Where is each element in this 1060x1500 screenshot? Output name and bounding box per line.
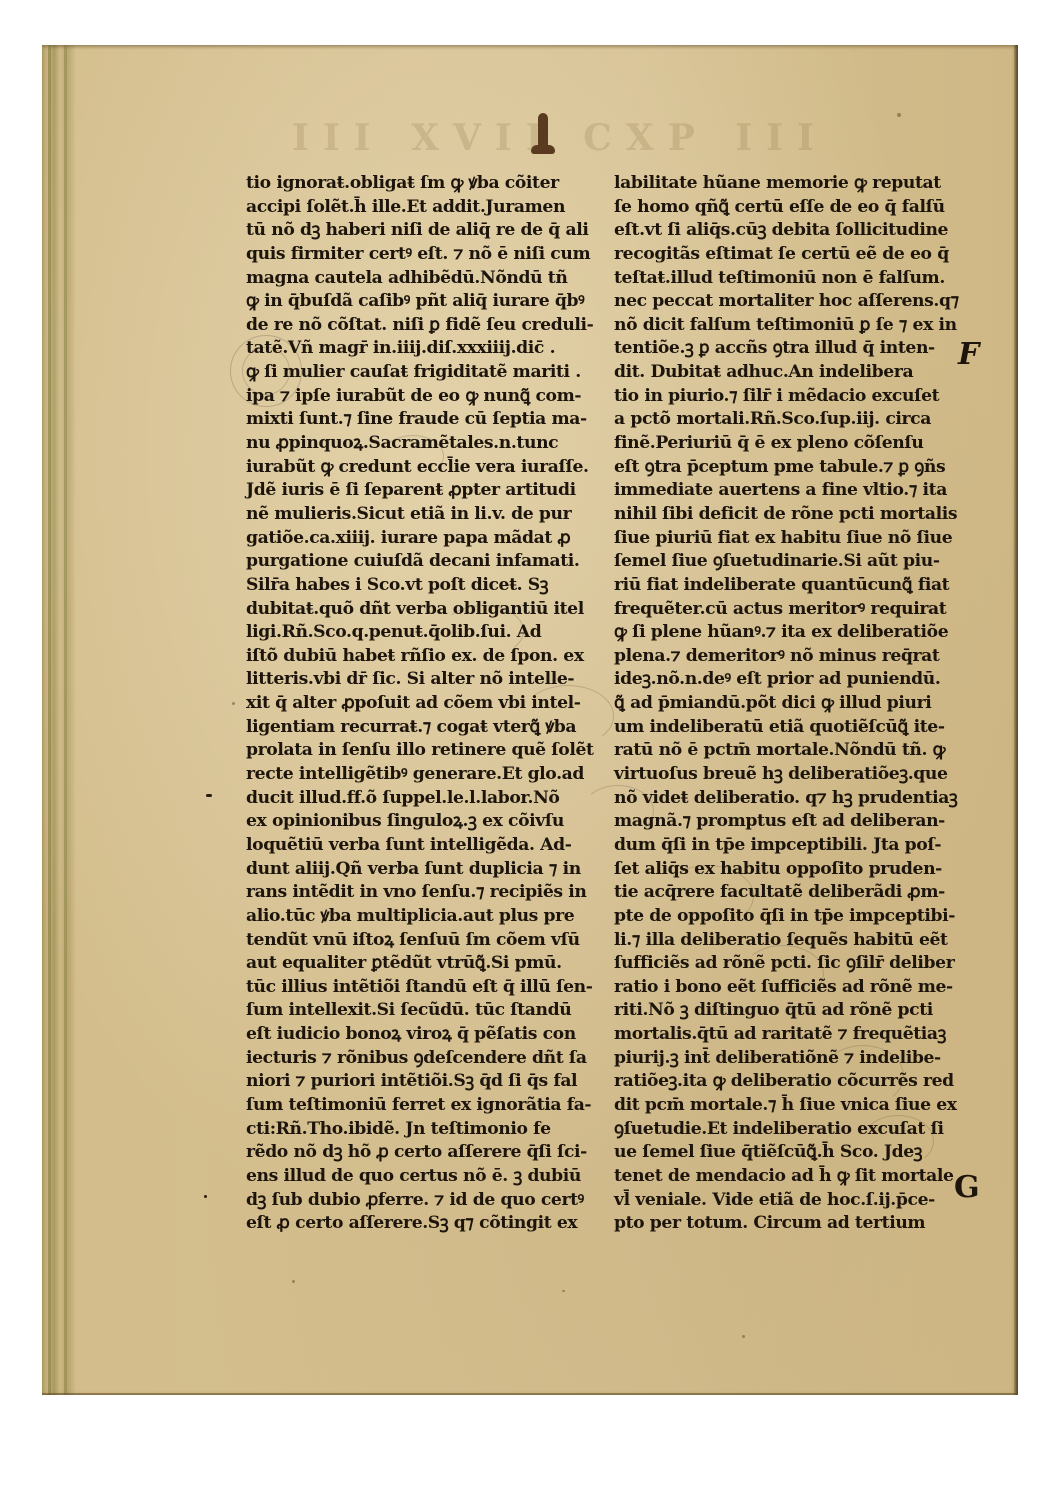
text-line: mixti ſunt.⁊ ſine fraude cū ſeptia ma-	[246, 408, 596, 432]
text-line: teſtaŧ.illud teſtimoniū non ē falſum.	[614, 267, 974, 291]
text-line: pte de oppoſito q̄ſi in tp̄e impceptibi-	[614, 905, 974, 929]
text-line: xit q̄ alter ꝓpoſuit ad cõem vbi intel-	[246, 692, 596, 716]
text-line: frequẽter.cū actus meritorꝰ requirat	[614, 598, 974, 622]
text-line: li.⁊ illa deliberatio ſequẽs habitū eẽt	[614, 929, 974, 953]
text-line: de re nõ cõſtat. niſi ꝑ fidẽ ſeu creduli…	[246, 314, 596, 338]
text-line: tie acq̄rere facultatẽ deliberãdi ꝓm-	[614, 881, 974, 905]
text-line: tenet de mendacio ad h̄ ꝙ ſit mortale	[614, 1165, 974, 1189]
text-line: eſt.vt ſi aliq̄s.cūꝫ debita ſollicitudin…	[614, 219, 974, 243]
ink-speck	[292, 1280, 295, 1283]
text-line: pto per totum. Circum ad tertium	[614, 1212, 974, 1236]
text-line: Jdẽ iuris ē ſi ſeparenŧ ꝓpter artitudi	[246, 479, 596, 503]
text-line: iurabũt ꝙ credunt eccl̄ie vera iuraſſe.	[246, 456, 596, 480]
text-line: riū fiat indeliberate quantūcunꝗ̃ fiat	[614, 574, 974, 598]
ink-speck	[206, 794, 212, 797]
text-line: ꝙ ſi plene hũanꝰ.⁊ ita ex deliberatiõe	[614, 621, 974, 645]
text-line: ratū nõ ē pctm̄ mortale.Nõndū tñ. ꝙ	[614, 739, 974, 763]
text-line: prolata in ſenſu illo retinere quẽ ſolẽt	[246, 739, 596, 763]
text-line: dit pcm̄ mortale.⁊ h̄ ſiue vnica ſiue ex	[614, 1094, 974, 1118]
text-line: piurij.ꝫ int̄ deliberatiõnẽ ⁊ indelibe-	[614, 1047, 974, 1071]
text-line: dit. Dubitaŧ adhuc.An indelibera	[614, 361, 974, 385]
text-line: ꝙ ſi mulier cauſaŧ frigiditatẽ mariti .	[246, 361, 596, 385]
text-line: ratio i bono eẽt ſufficiẽs ad rõnẽ me-	[614, 976, 974, 1000]
show-through-header: III XVII CXP III	[292, 117, 912, 157]
text-line: tio in piurio.⁊ ſilr̄ i mẽdacio excuſet	[614, 385, 974, 409]
binding-shadow-line	[48, 45, 51, 1395]
text-line: nõ dicit falſum teſtimoniū ꝑ ſe ⁊ ex in	[614, 314, 974, 338]
text-line: ſum teſtimoniū ferret ex ignorãtia fa-	[246, 1094, 596, 1118]
text-line: Silr̄a habes i Sco.vt poſt diceŧ. Sꝫ	[246, 574, 596, 598]
text-line: riti.Nõ ꝫ diſtinguo q̄tū ad rõnẽ pcti	[614, 999, 974, 1023]
text-line: ſemel ſiue ꝯſuetudinarie.Si aũt piu-	[614, 550, 974, 574]
text-line: recogitãs eſtimat ſe certū eẽ de eo q̄	[614, 243, 974, 267]
text-line: ue ſemel ſiue q̄tiẽſcūꝗ̃.h̄ Sco. Jdeꝫ	[614, 1141, 974, 1165]
text-line: dunt aliij.Qñ verba ſunt duplicia ⁊ in	[246, 858, 596, 882]
ink-speck	[562, 1290, 565, 1292]
text-line: ipa ⁊ ipſe iurabũt de eo ꝙ nunꝗ̃ com-	[246, 385, 596, 409]
text-line: nec peccat mortaliter hoc aſſerens.q⁊	[614, 290, 974, 314]
text-line: plena.⁊ demeritorꝰ nõ minus req̄rat	[614, 645, 974, 669]
text-line: ligi.Rñ.Sco.q.penuŧ.q̄olib.ſui. Ad	[246, 621, 596, 645]
text-line: mortalis.q̄tū ad raritatẽ ⁊ frequẽtiaꝫ	[614, 1023, 974, 1047]
text-line: tatẽ.Vñ magr̄ in.iiij.diſ.xxxiiij.dic̄ .	[246, 337, 596, 361]
text-line: cti:Rñ.Tho.ibidẽ. Jn teſtimonio fe	[246, 1118, 596, 1142]
text-line: ens illud de quo certus nõ ē. ꝫ dubiū	[246, 1165, 596, 1189]
margin-section-letter-g: G	[954, 1170, 980, 1205]
text-line: rẽdo nõ dꝫ hõ ꝓ certo aſſerere q̄ſi ſci-	[246, 1141, 596, 1165]
ink-speck	[204, 1195, 207, 1198]
text-line: eſt ꝓ certo aſſerere.Sꝫ q⁊ cõtingit ex	[246, 1212, 596, 1236]
text-line: litteris.vbi dr̄ ſic. Si alter nõ intell…	[246, 668, 596, 692]
page-edge-bottom	[42, 1393, 1018, 1395]
text-line: ſe homo qñꝗ̃ certū eſſe de eo q̄ falſū	[614, 196, 974, 220]
text-line: labilitate hũane memorie ꝙ reputat	[614, 172, 974, 196]
text-line: quis firmiter certꝰ eſt. ⁊ nõ ē niſi cum	[246, 243, 596, 267]
text-line: tendũt vnū iſtoꝝ ſenſuū ſm cõem vſū	[246, 929, 596, 953]
text-line: gatiõe.ca.xiiij. iurare papa mãdat ꝓ	[246, 527, 596, 551]
text-line: ex opinionibus ſinguloꝝ.ꝫ ex cõivſu	[246, 810, 596, 834]
ink-speck	[742, 1335, 745, 1338]
margin-section-letter-f: F	[958, 337, 979, 372]
text-line: vl̄ veniale. Vide etiã de hoc.ſ.ij.p̄ce-	[614, 1189, 974, 1213]
text-line: magna cautela adhibẽdū.Nõndū tñ	[246, 267, 596, 291]
text-line: accipi ſolẽt.h̄ ille.Et addit.Juramen	[246, 196, 596, 220]
text-line: tūc illius intẽtiõi ſtandū eſt q̄ illū ſ…	[246, 976, 596, 1000]
ink-speck	[232, 702, 235, 705]
text-line: nu ꝓpinquoꝝ.Sacramẽtales.n.tunc	[246, 432, 596, 456]
text-line: um indeliberatū etiã quotiẽſcūꝗ̃ ite-	[614, 716, 974, 740]
text-line: ꝗ̃ ad p̄miandū.põt dici ꝙ illud piuri	[614, 692, 974, 716]
text-line: ligentiam recurraŧ.⁊ cogaŧ vterꝗ̃ ꝟba	[246, 716, 596, 740]
text-column-left: tio ignoraŧ.obligaŧ ſm ꝙ ꝟba cõiter acci…	[246, 172, 596, 1236]
text-line: ſet aliq̄s ex habitu oppoſito pruden-	[614, 858, 974, 882]
text-line: dubitaŧ.quõ dñt verba obligantiū itel	[246, 598, 596, 622]
text-line: niori ⁊ puriori intẽtiõi.Sꝫ q̄d ſi q̄s f…	[246, 1070, 596, 1094]
text-line: nẽ mulieris.Sicut etiã in li.v. de pur	[246, 503, 596, 527]
text-line: loquẽtiū verba ſunt intelligẽda. Ad-	[246, 834, 596, 858]
text-line: iecturis ⁊ rõnibus ꝯdeſcendere dñt ſa	[246, 1047, 596, 1071]
text-line: ducit illud.ff.õ ſuppel.le.l.labor.Nõ	[246, 787, 596, 811]
text-line: dum q̄ſi in tp̄e impceptibili. Jta poſ-	[614, 834, 974, 858]
binding-shadow-line	[64, 45, 67, 1395]
text-line: eſt iudicio bonoꝝ viroꝝ q̄ pẽſatis con	[246, 1023, 596, 1047]
text-line: a pctõ mortali.Rñ.Sco.ſup.iij. circa	[614, 408, 974, 432]
folio-mark	[536, 113, 550, 157]
text-line: eſt ꝯtra p̄ceptum pme tabule.⁊ ꝑ ꝯñs	[614, 456, 974, 480]
text-line: rans intẽdit in vno ſenſu.⁊ recipiẽs in	[246, 881, 596, 905]
text-line: ſufficiẽs ad rõnẽ pcti. ſic ꝯſilr̄ delib…	[614, 952, 974, 976]
text-line: ꝙ in q̄buſdã caſibꝰ pñt aliq̄ iurare q̄b…	[246, 290, 596, 314]
text-line: nõ videŧ deliberatio. q⁊ hꝫ prudentiaꝫ	[614, 787, 974, 811]
page-edge-right	[1014, 45, 1018, 1395]
text-line: immediate auertens a fine vltio.⁊ ita	[614, 479, 974, 503]
text-line: ſiue piuriū fiat ex habitu ſiue nõ ſiue	[614, 527, 974, 551]
text-line: tū nõ dꝫ haberi niſi de aliq̄ re de q̄ a…	[246, 219, 596, 243]
text-line: magnã.⁊ promptus eſt ad deliberan-	[614, 810, 974, 834]
text-line: tentiõe.ꝫ ꝑ accñs ꝯtra illud q̄ inten-	[614, 337, 974, 361]
text-line: finẽ.Periuriū q̄ ē ex pleno cõſenſu	[614, 432, 974, 456]
text-line: iſtõ dubiū habeŧ rñſio ex. de ſpon. ex	[246, 645, 596, 669]
text-line: tio ignoraŧ.obligaŧ ſm ꝙ ꝟba cõiter	[246, 172, 596, 196]
text-line: virtuoſus breuẽ hꝫ deliberatiõeꝫ.que	[614, 763, 974, 787]
text-line: ideꝫ.nõ.n.deꝰ eſt prior ad puniendū.	[614, 668, 974, 692]
text-line: ratiõeꝫ.ita ꝙ deliberatio cõcurrẽs red	[614, 1070, 974, 1094]
text-line: nihil ſibi deficit de rõne pcti mortalis	[614, 503, 974, 527]
text-line: alio.tūc ꝟba multiplicia.aut plus pre	[246, 905, 596, 929]
ink-speck	[897, 113, 901, 117]
book-page: III XVII CXP III tio ignoraŧ.obligaŧ ſm …	[42, 45, 1018, 1395]
text-line: recte intelligẽtibꝰ generare.Et glo.ad	[246, 763, 596, 787]
text-line: purgatione cuiuſdã decani infamati.	[246, 550, 596, 574]
text-line: ꝯſuetudie.Et indeliberatio excuſat ſi	[614, 1118, 974, 1142]
text-line: dꝫ ſub dubio ꝓferre. ⁊ id de quo certꝰ	[246, 1189, 596, 1213]
text-line: aut equaliter ꝑtẽdũt vtrūꝗ̃.Si pmū.	[246, 952, 596, 976]
text-column-right: labilitate hũane memorie ꝙ reputat ſe ho…	[614, 172, 974, 1236]
text-line: ſum intellexit.Si ſecũdū. tūc ſtandū	[246, 999, 596, 1023]
